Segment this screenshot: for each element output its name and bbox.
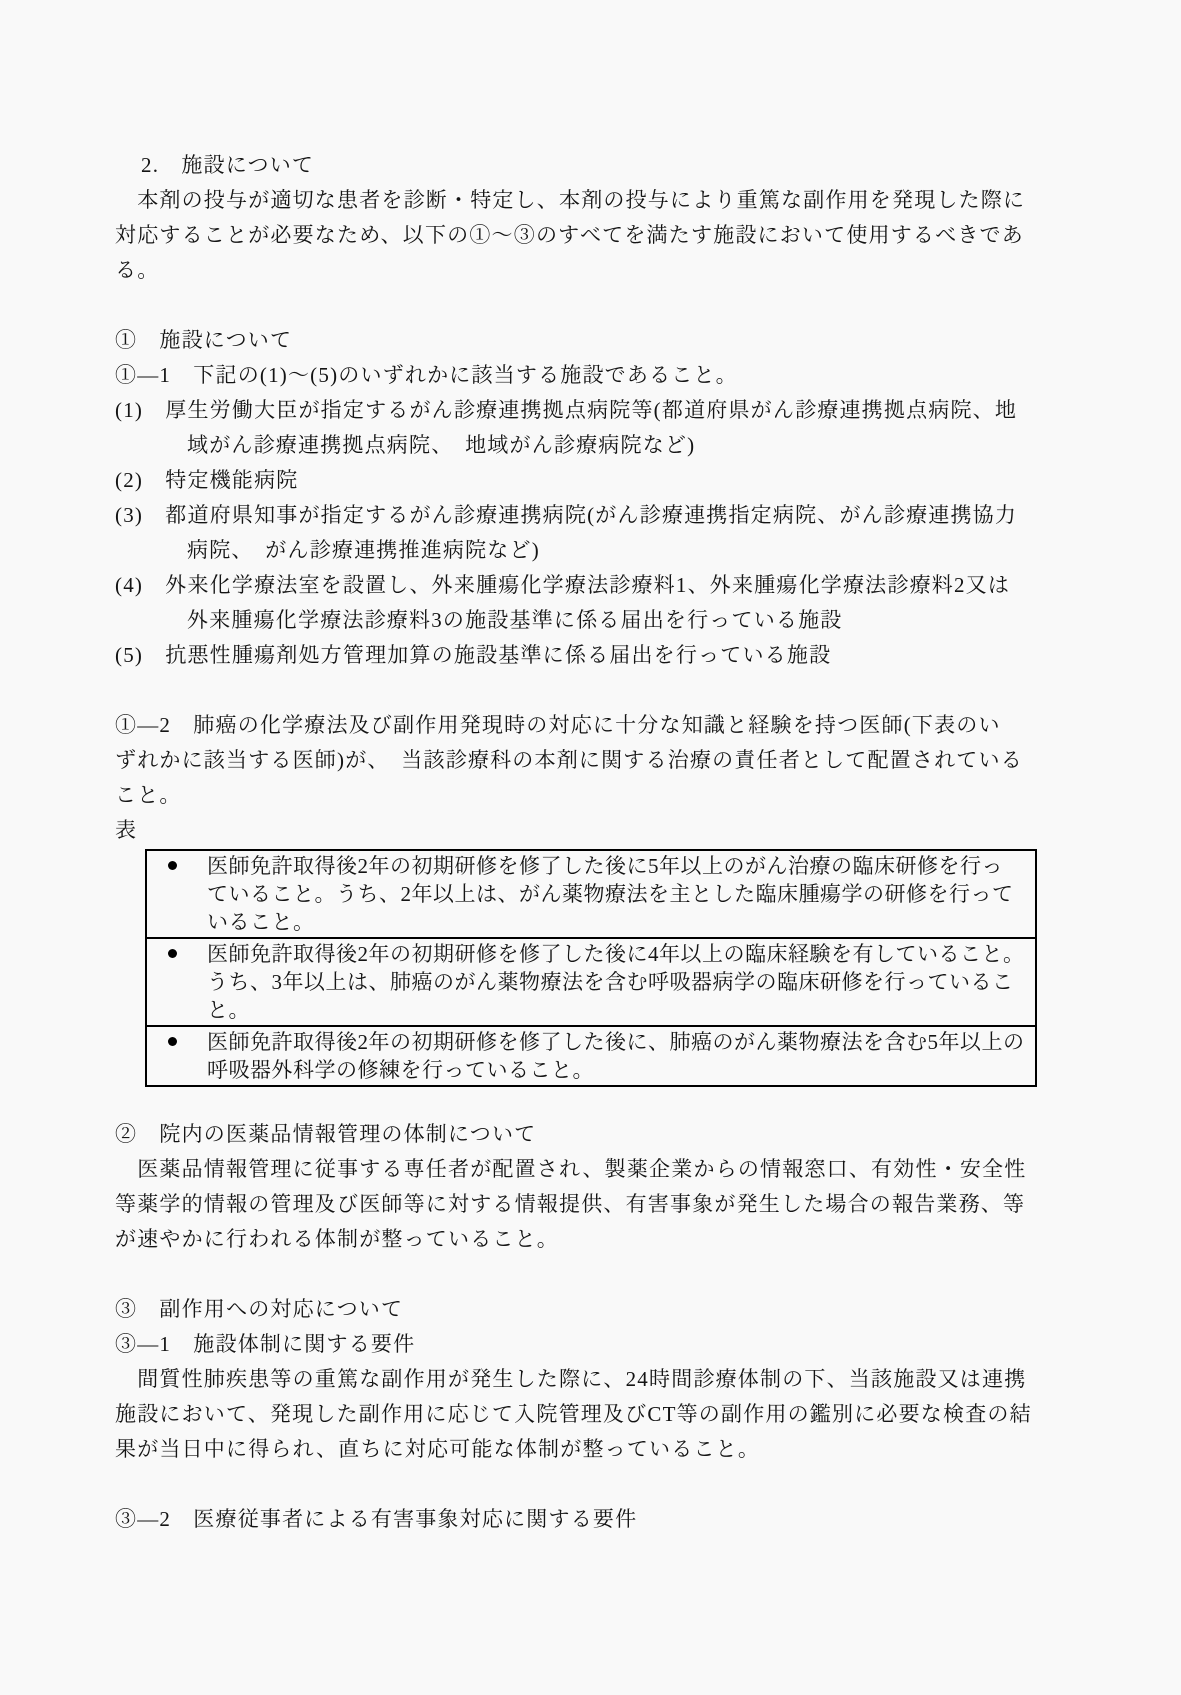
table-cell-line: と。: [207, 996, 1029, 1024]
list-item: (3) 都道府県知事が指定するがん診療連携病院(がん診療連携指定病院、がん診療連…: [115, 498, 1055, 533]
paragraph-line: 等薬学的情報の管理及び医師等に対する情報提供、有害事象が発生した場合の報告業務、…: [115, 1187, 1055, 1222]
table-row: 医師免許取得後2年の初期研修を修了した後に4年以上の臨床経験を有していること。 …: [147, 937, 1035, 1025]
list-item-continuation: 外来腫瘍化学療法診療料3の施設基準に係る届出を行っている施設: [115, 603, 1055, 638]
table-cell-line: 呼吸器外科学の修練を行っていること。: [207, 1056, 1029, 1084]
paragraph-line: 医薬品情報管理に従事する専任者が配置され、製薬企業からの情報窓口、有効性・安全性: [115, 1152, 1055, 1187]
document-content: 2. 施設について 本剤の投与が適切な患者を診断・特定し、本剤の投与により重篤な…: [115, 148, 1055, 1537]
list-item-continuation: 病院、 がん診療連携推進病院など): [115, 533, 1055, 568]
table-cell-line: ていること。うち、2年以上は、がん薬物療法を主とした臨床腫瘍学の研修を行って: [207, 880, 1029, 908]
heading-3: ③ 副作用への対応について: [115, 1292, 1055, 1327]
bullet-icon: [168, 1037, 177, 1046]
document-page: 2. 施設について 本剤の投与が適切な患者を診断・特定し、本剤の投与により重篤な…: [0, 0, 1181, 1695]
paragraph-line: 果が当日中に得られ、直ちに対応可能な体制が整っていること。: [115, 1432, 1055, 1467]
heading-2: ② 院内の医薬品情報管理の体制について: [115, 1117, 1055, 1152]
table-cell-line: うち、3年以上は、肺癌のがん薬物療法を含む呼吸器病学の臨床研修を行っているこ: [207, 968, 1029, 996]
table-cell-line: 医師免許取得後2年の初期研修を修了した後に、肺癌のがん薬物療法を含む5年以上の: [207, 1028, 1029, 1056]
blank-line: [115, 673, 1055, 708]
heading-1-1: ①―1 下記の(1)～(5)のいずれかに該当する施設であること。: [115, 358, 1055, 393]
bullet-icon: [168, 861, 177, 870]
heading-3-1: ③―1 施設体制に関する要件: [115, 1327, 1055, 1362]
intro-line: 本剤の投与が適切な患者を診断・特定し、本剤の投与により重篤な副作用を発現した際に: [115, 183, 1055, 218]
list-item: (1) 厚生労働大臣が指定するがん診療連携拠点病院等(都道府県がん診療連携拠点病…: [115, 393, 1055, 428]
table-row: 医師免許取得後2年の初期研修を修了した後に5年以上のがん治療の臨床研修を行っ て…: [147, 851, 1035, 937]
list-item: (4) 外来化学療法室を設置し、外来腫瘍化学療法診療料1、外来腫瘍化学療法診療料…: [115, 568, 1055, 603]
table-label: 表: [115, 813, 1055, 848]
table-row: 医師免許取得後2年の初期研修を修了した後に、肺癌のがん薬物療法を含む5年以上の …: [147, 1025, 1035, 1085]
paragraph-line: が速やかに行われる体制が整っていること。: [115, 1222, 1055, 1257]
paragraph-line: 施設において、発現した副作用に応じて入院管理及びCT等の副作用の鑑別に必要な検査…: [115, 1397, 1055, 1432]
paragraph-line: 間質性肺疾患等の重篤な副作用が発生した際に、24時間診療体制の下、当該施設又は連…: [115, 1362, 1055, 1397]
list-item-continuation: 域がん診療連携拠点病院、 地域がん診療病院など): [115, 428, 1055, 463]
blank-line: [115, 288, 1055, 323]
table-cell-line: いること。: [207, 908, 1029, 936]
intro-line: る。: [115, 253, 1055, 288]
list-item: (5) 抗悪性腫瘍剤処方管理加算の施設基準に係る届出を行っている施設: [115, 638, 1055, 673]
heading-3-2: ③―2 医療従事者による有害事象対応に関する要件: [115, 1502, 1055, 1537]
heading-1: ① 施設について: [115, 323, 1055, 358]
table-cell-line: 医師免許取得後2年の初期研修を修了した後に5年以上のがん治療の臨床研修を行っ: [207, 852, 1029, 880]
intro-line: 対応することが必要なため、以下の①～③のすべてを満たす施設において使用するべきで…: [115, 218, 1055, 253]
list-item: (2) 特定機能病院: [115, 463, 1055, 498]
paragraph-line: ずれかに該当する医師)が、 当該診療科の本剤に関する治療の責任者として配置されて…: [115, 743, 1055, 778]
blank-line: [115, 1467, 1055, 1502]
paragraph-line: こと。: [115, 778, 1055, 813]
section-title: 2. 施設について: [115, 148, 1055, 183]
blank-line: [115, 1087, 1055, 1117]
table-cell-line: 医師免許取得後2年の初期研修を修了した後に4年以上の臨床経験を有していること。: [207, 940, 1029, 968]
physician-requirements-table: 医師免許取得後2年の初期研修を修了した後に5年以上のがん治療の臨床研修を行っ て…: [145, 849, 1037, 1087]
bullet-icon: [168, 949, 177, 958]
heading-1-2: ①―2 肺癌の化学療法及び副作用発現時の対応に十分な知識と経験を持つ医師(下表の…: [115, 708, 1055, 743]
blank-line: [115, 1257, 1055, 1292]
